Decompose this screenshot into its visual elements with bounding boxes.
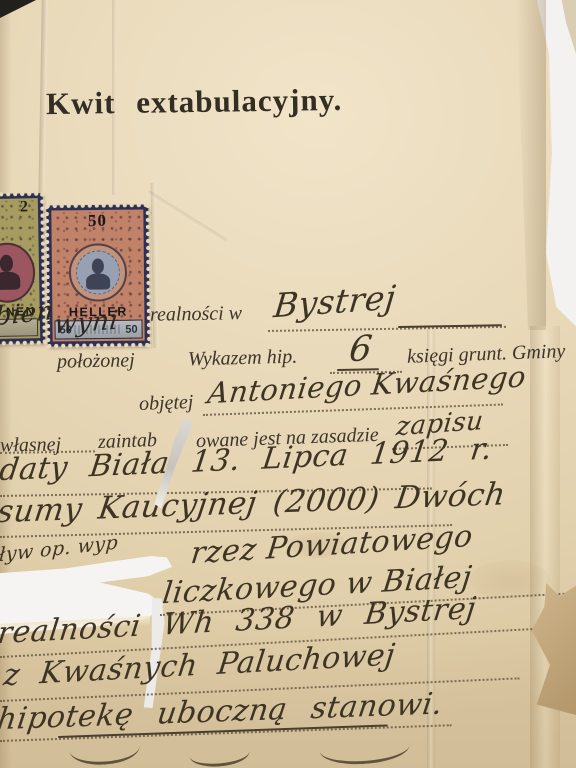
- stamp-value-label: 50: [51, 211, 143, 232]
- band-value-right: 50: [125, 323, 137, 335]
- document-photo: Kwit extabulacyjny. 2 NEN 50: [0, 0, 576, 768]
- stamp-value-label: 2: [20, 198, 28, 216]
- background-paper-corner: [554, 0, 576, 54]
- perforation-edge: [46, 341, 152, 349]
- perforation-edge: [44, 201, 150, 209]
- document-title: Kwit extabulacyjny.: [46, 82, 343, 122]
- portrait-core: [76, 250, 120, 294]
- portrait-bust-icon: [86, 273, 110, 289]
- printed-label-polozonej: położonej: [57, 349, 135, 373]
- printed-label-realnosci: realności w: [150, 302, 242, 327]
- portrait-head-icon: [92, 258, 104, 273]
- printed-label-objetej: objętej: [139, 391, 194, 416]
- portrait-head-icon: [0, 255, 13, 272]
- emperor-portrait-medallion: [69, 243, 128, 302]
- portrait-bust-icon: [0, 271, 20, 289]
- printed-label-wykazem: Wykazem hip.: [188, 346, 298, 372]
- handwriting-over-stamp: wyni: [53, 306, 120, 341]
